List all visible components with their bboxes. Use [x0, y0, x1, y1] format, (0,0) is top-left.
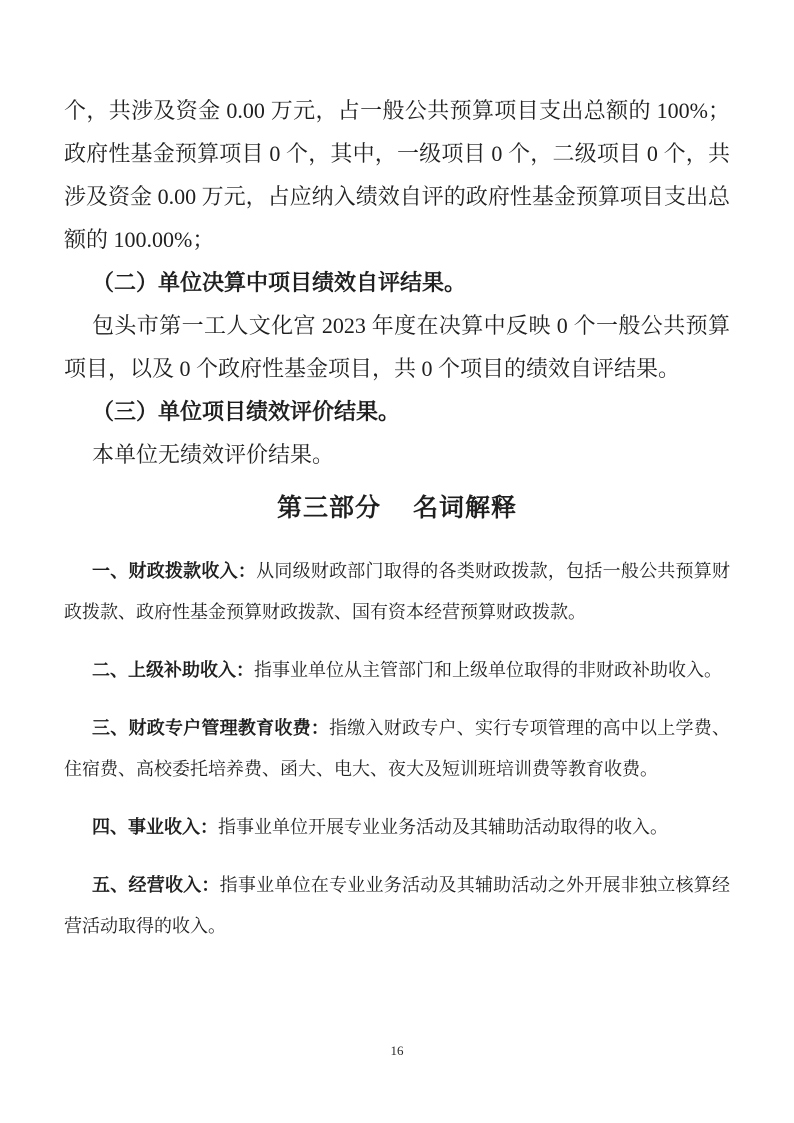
term-institution-income: 四、事业收入：指事业单位开展专业业务活动及其辅助活动取得的收入。 [64, 807, 730, 848]
part-three-title: 第三部分名词解释 [64, 490, 730, 526]
paragraph-self-eval-result: 包头市第一工人文化宫 2023 年度在决算中反映 0 个一般公共预算项目，以及 … [64, 304, 730, 390]
glossary-terms-section: 一、财政拨款收入：从同级财政部门取得的各类财政拨款，包括一般公共预算财政拨款、政… [64, 551, 730, 947]
term-superior-subsidy-income: 二、上级补助收入：指事业单位从主管部门和上级单位取得的非财政补助收入。 [64, 650, 730, 691]
paragraph-no-eval-result: 本单位无绩效评价结果。 [64, 433, 730, 476]
document-page: 个，共涉及资金 0.00 万元，占一般公共预算项目支出总额的 100%；政府性基… [0, 0, 794, 1123]
term-definition: 指事业单位从主管部门和上级单位取得的非财政补助收入。 [254, 660, 722, 680]
term-fiscal-appropriation-income: 一、财政拨款收入：从同级财政部门取得的各类财政拨款，包括一般公共预算财政拨款、政… [64, 551, 730, 633]
term-label: 一、财政拨款收入： [92, 561, 256, 581]
term-label: 五、经营收入： [92, 875, 220, 895]
document-content: 个，共涉及资金 0.00 万元，占一般公共预算项目支出总额的 100%；政府性基… [64, 89, 730, 947]
term-label: 二、上级补助收入： [92, 660, 254, 680]
page-number: 16 [0, 1042, 794, 1060]
heading-unit-final-accounts-self-eval: （二）单位决算中项目绩效自评结果。 [64, 261, 730, 304]
performance-results-section: 个，共涉及资金 0.00 万元，占一般公共预算项目支出总额的 100%；政府性基… [64, 89, 730, 476]
term-label: 四、事业收入： [92, 817, 218, 837]
continuation-paragraph: 个，共涉及资金 0.00 万元，占一般公共预算项目支出总额的 100%；政府性基… [64, 89, 730, 261]
term-operating-income: 五、经营收入：指事业单位在专业业务活动及其辅助活动之外开展非独立核算经营活动取得… [64, 865, 730, 947]
part-title-text: 名词解释 [413, 494, 517, 522]
term-education-fees: 三、财政专户管理教育收费：指缴入财政专户、实行专项管理的高中以上学费、住宿费、高… [64, 708, 730, 790]
heading-unit-project-eval: （三）单位项目绩效评价结果。 [64, 390, 730, 433]
term-label: 三、财政专户管理教育收费： [92, 718, 329, 738]
part-title-number: 第三部分 [277, 494, 381, 522]
term-definition: 指事业单位开展专业业务活动及其辅助活动取得的收入。 [218, 817, 668, 837]
